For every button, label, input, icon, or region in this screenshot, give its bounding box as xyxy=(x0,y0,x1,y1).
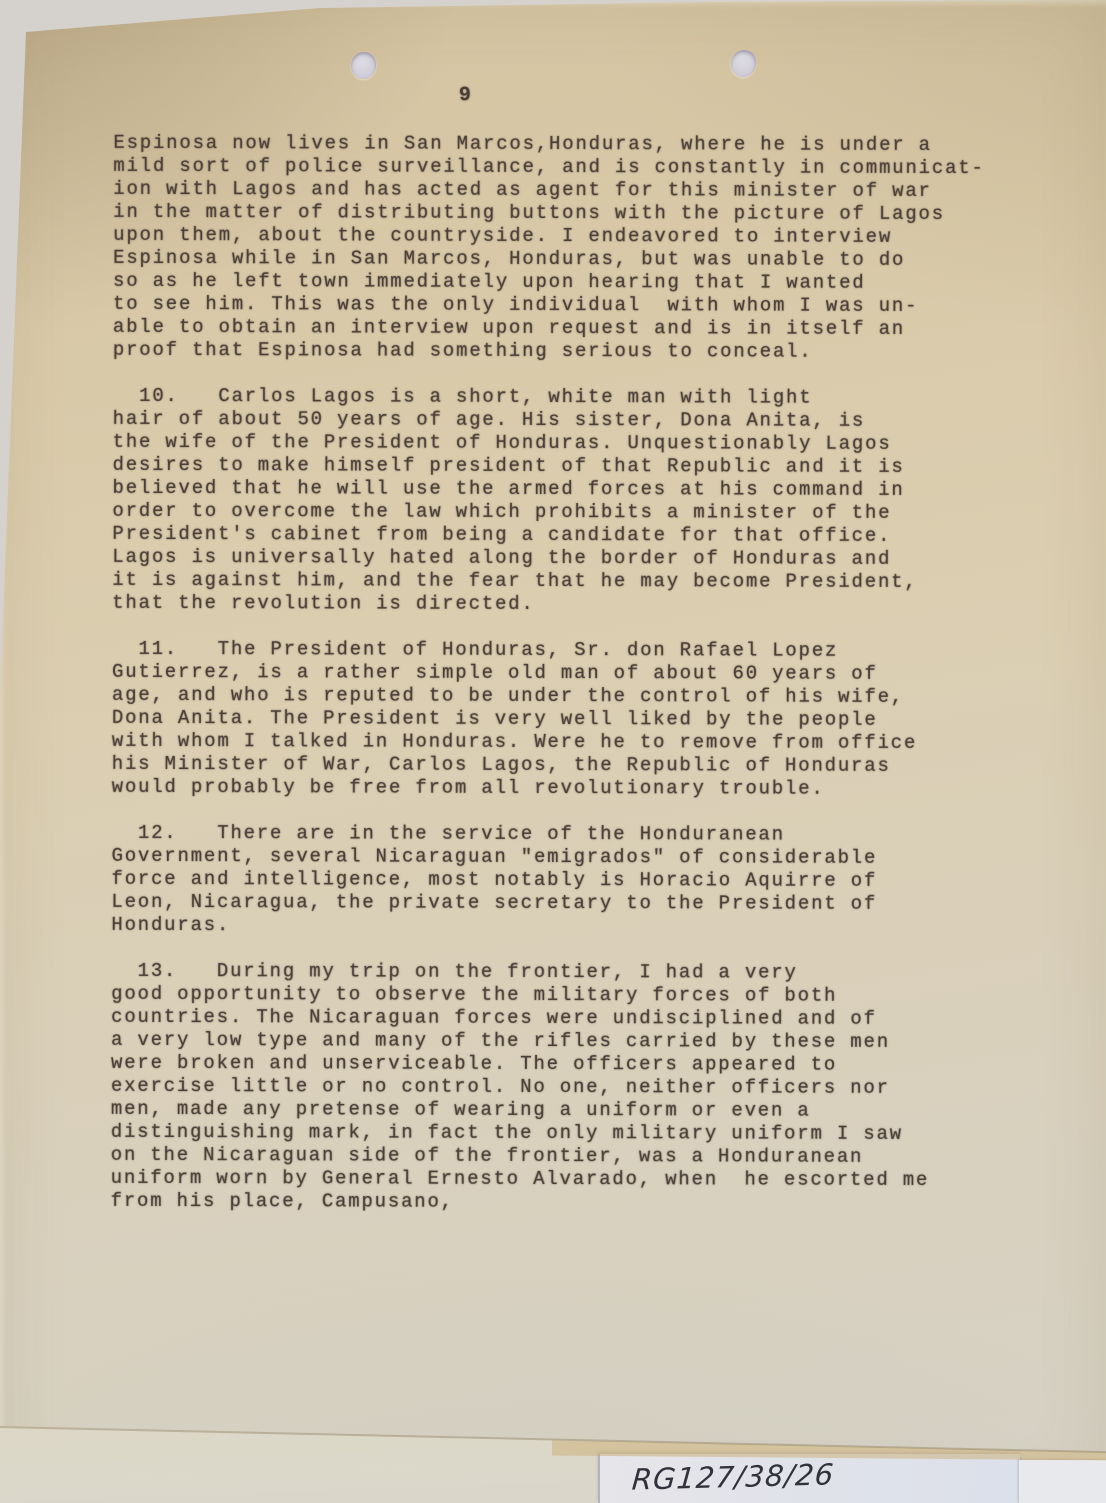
scanned-document-photo: RG127/38/26 5 9 Espinosa now lives in Sa… xyxy=(0,0,1106,1503)
paragraph-continuation: Espinosa now lives in San Marcos,Hondura… xyxy=(113,132,1004,364)
page-number: 9 xyxy=(459,84,472,107)
paragraph-10: 10. Carlos Lagos is a short, white man w… xyxy=(112,385,1003,617)
punch-hole-left xyxy=(351,52,376,79)
archive-label-slip: RG127/38/26 5 xyxy=(598,1454,1020,1503)
paragraph-11: 11. The President of Honduras, Sr. don R… xyxy=(112,638,1002,801)
document-body: Espinosa now lives in San Marcos,Hondura… xyxy=(111,132,1004,1215)
right-paper-corner xyxy=(1018,1460,1106,1503)
typed-page: 9 Espinosa now lives in San Marcos,Hondu… xyxy=(0,0,1106,1503)
archive-reference-handwriting: RG127/38/26 xyxy=(631,1457,836,1496)
paragraph-12: 12. There are in the service of the Hond… xyxy=(111,822,1001,939)
paragraph-13: 13. During my trip on the frontier, I ha… xyxy=(111,960,1002,1215)
punch-hole-right xyxy=(728,48,758,80)
